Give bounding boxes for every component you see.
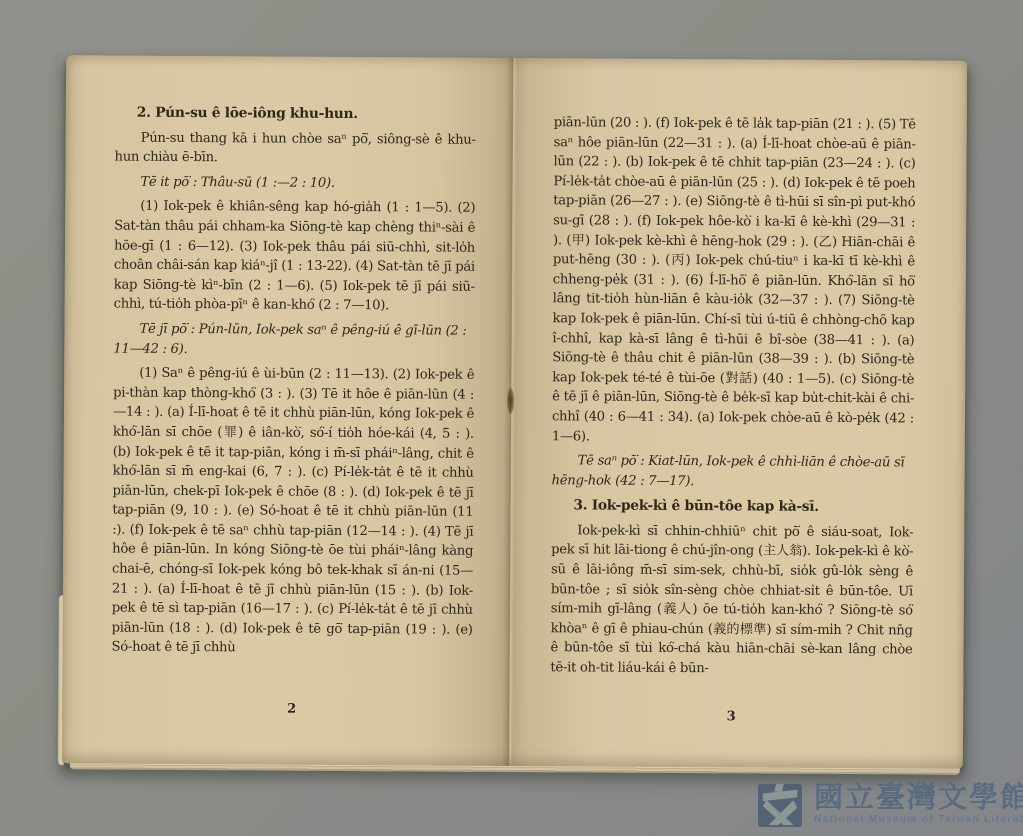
text-paragraph: 2. Pún-su ê lōe-iông khu-hun. [115,104,476,126]
museum-logo-icon [757,781,803,829]
museum-name-english: National Museum of Taiwan Literature [814,814,1023,826]
text-paragraph: Tē it pō͘ : Thâu-sū (1 :—2 : 10). [114,172,475,194]
text-paragraph: Tē saⁿ pō͘ : Kiat-lūn, Iok-pek ê chhì-li… [552,451,914,492]
text-paragraph: Tē jī pō͘ : Pún-lūn, Iok-pek saⁿ ê pêng-… [113,319,474,360]
left-page-number: 2 [111,701,472,718]
text-paragraph: 3. Iok-pek-kì ê būn-tôe kap kà-sī. [551,497,913,519]
right-page-text: piān-lūn (20 : ). (f) Iok-pek ê tē la̍k … [550,113,915,680]
text-paragraph: Pún-su thang kā i hun chòe saⁿ pō͘, siôn… [114,128,475,169]
photo-background: { "colors": { "background_gray": "#8b8d8… [0,0,1023,836]
right-page-number: 3 [550,708,912,725]
museum-watermark-text: 國立臺灣文學館 National Museum of Taiwan Litera… [814,781,1023,826]
museum-watermark: 國立臺灣文學館 National Museum of Taiwan Litera… [757,781,1023,829]
text-paragraph: (1) Iok-pek ê khiân-sêng kap hó-gia̍h (1… [114,197,476,317]
text-paragraph: Iok-pek-kì sī chhin-chhiūⁿ chit pō͘ ê si… [550,521,913,680]
left-page-text: 2. Pún-su ê lōe-iông khu-hun.Pún-su than… [111,98,475,660]
museum-name-cjk: 國立臺灣文學館 [814,781,1023,813]
book-spread: 2. Pún-su ê lōe-iông khu-hun.Pún-su than… [62,55,967,768]
text-paragraph: piān-lūn (20 : ). (f) Iok-pek ê tē la̍k … [552,113,916,448]
text-paragraph: (1) Saⁿ ê pêng-iú ê ùi-būn (2 : 11—13). … [111,364,474,660]
